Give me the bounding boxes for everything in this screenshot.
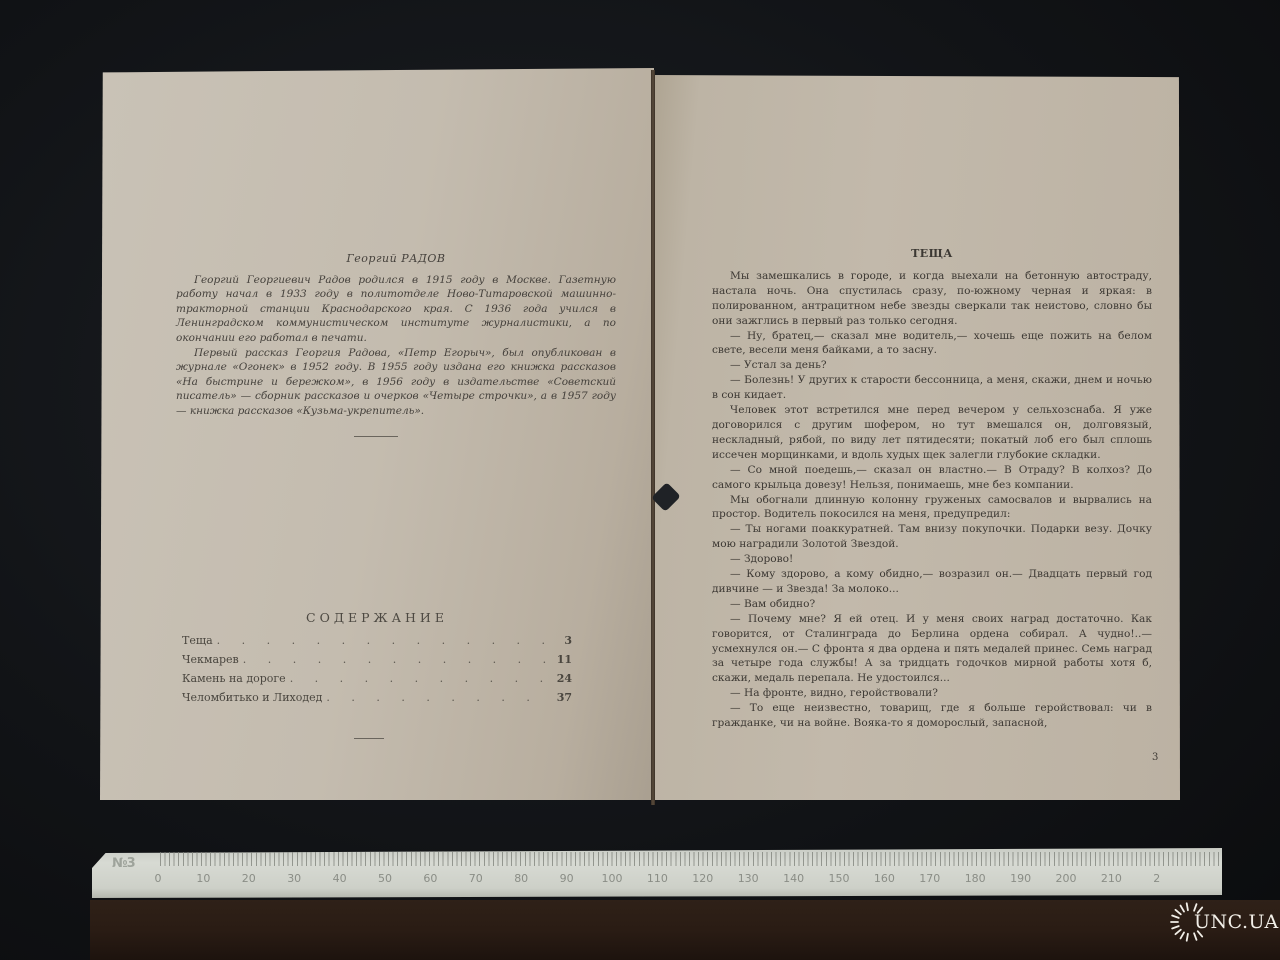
toc-entry-page: 3 bbox=[550, 634, 572, 647]
toc-leader-dots: . . . . . . . . . . . . . . . . . . . . … bbox=[326, 691, 546, 704]
toc-entry-page: 11 bbox=[550, 653, 572, 666]
ruler-label: 120 bbox=[692, 872, 713, 885]
watermark-text: UNC.UA bbox=[1194, 911, 1279, 933]
story-paragraph: — На фронте, видно, геройствовали? bbox=[712, 686, 1152, 701]
toc-leader-dots: . . . . . . . . . . . . . . . . . . . . … bbox=[290, 672, 546, 685]
table-of-contents: СОДЕРЖАНИЕ Теща . . . . . . . . . . . . … bbox=[182, 610, 572, 710]
ruler-label: 10 bbox=[196, 872, 210, 885]
bio-paragraph: Первый рассказ Георгия Радова, «Петр Его… bbox=[176, 346, 616, 419]
ruler-label: 200 bbox=[1056, 872, 1077, 885]
story-paragraph: — Ну, братец,— сказал мне водитель,— хоч… bbox=[712, 329, 1152, 359]
story-text: ТЕЩА Мы замешкались в городе, и когда вы… bbox=[712, 247, 1152, 731]
ruler-label: 50 bbox=[378, 872, 392, 885]
page-number: 3 bbox=[1152, 752, 1158, 763]
story-paragraph: — Вам обидно? bbox=[712, 597, 1152, 612]
wooden-table-edge bbox=[90, 900, 1280, 960]
story-title: ТЕЩА bbox=[712, 247, 1152, 262]
story-paragraph: Мы замешкались в городе, и когда выехали… bbox=[712, 269, 1152, 329]
story-paragraph: — Здорово! bbox=[712, 552, 1152, 567]
toc-entry-page: 37 bbox=[550, 691, 572, 704]
ruler-label: 2 bbox=[1153, 872, 1160, 885]
ruler-label: 210 bbox=[1101, 872, 1122, 885]
ruler-label: 170 bbox=[919, 872, 940, 885]
story-paragraph: — Болезнь! У других к старости бессонниц… bbox=[712, 373, 1152, 403]
toc-leader-dots: . . . . . . . . . . . . . . . . . . . . … bbox=[217, 634, 546, 647]
ruler-label: 150 bbox=[829, 872, 850, 885]
ruler-label: 100 bbox=[602, 872, 623, 885]
toc-entry: Теща . . . . . . . . . . . . . . . . . .… bbox=[182, 634, 572, 653]
story-paragraph: — То еще неизвестно, товарищ, где я боль… bbox=[712, 701, 1152, 731]
ruler-label: 140 bbox=[783, 872, 804, 885]
watermark: UNC.UA bbox=[1168, 900, 1278, 944]
story-paragraph: — Ты ногами поаккуратней. Там внизу поку… bbox=[712, 522, 1152, 552]
ruler-label: 130 bbox=[738, 872, 759, 885]
bio-title: Георгий РАДОВ bbox=[176, 252, 616, 267]
divider-rule bbox=[354, 738, 384, 739]
toc-entry-title: Теща bbox=[182, 634, 213, 647]
ruler-label: 0 bbox=[155, 872, 162, 885]
toc-entry: Челомбитько и Лиходед . . . . . . . . . … bbox=[182, 691, 572, 710]
toc-entry: Камень на дороге . . . . . . . . . . . .… bbox=[182, 672, 572, 691]
story-paragraph: Мы обогнали длинную колонну груженых сам… bbox=[712, 493, 1152, 523]
story-paragraph: — Почему мне? Я ей отец. И у меня своих … bbox=[712, 612, 1152, 687]
ruler-label: 60 bbox=[423, 872, 437, 885]
ruler-ticks bbox=[160, 852, 1220, 866]
ruler-label: 190 bbox=[1010, 872, 1031, 885]
ruler-label: 110 bbox=[647, 872, 668, 885]
story-paragraph: Человек этот встретился мне перед вечеро… bbox=[712, 403, 1152, 463]
ruler-label: 40 bbox=[333, 872, 347, 885]
toc-entry: Чекмарев . . . . . . . . . . . . . . . .… bbox=[182, 653, 572, 672]
toc-leader-dots: . . . . . . . . . . . . . . . . . . . . … bbox=[243, 653, 546, 666]
toc-entry-title: Чекмарев bbox=[182, 653, 239, 666]
ruler-labels: 0102030405060708090100110120130140150160… bbox=[0, 872, 1280, 888]
toc-heading: СОДЕРЖАНИЕ bbox=[182, 610, 572, 625]
ruler-label: 180 bbox=[965, 872, 986, 885]
divider-rule bbox=[354, 436, 398, 437]
ruler-label: 160 bbox=[874, 872, 895, 885]
ruler-label: 20 bbox=[242, 872, 256, 885]
book-spine bbox=[651, 70, 655, 805]
author-bio: Георгий РАДОВ Георгий Георгиевич Радов р… bbox=[176, 252, 616, 419]
bio-paragraph: Георгий Георгиевич Радов родился в 1915 … bbox=[176, 273, 616, 346]
ruler-label: 80 bbox=[514, 872, 528, 885]
story-paragraph: — Со мной поедешь,— сказал он властно.— … bbox=[712, 463, 1152, 493]
toc-entry-page: 24 bbox=[550, 672, 572, 685]
ruler-brand-mark: №3 bbox=[112, 856, 135, 871]
story-paragraph: — Кому здорово, а кому обидно,— возразил… bbox=[712, 567, 1152, 597]
toc-entry-title: Камень на дороге bbox=[182, 672, 286, 685]
toc-entry-title: Челомбитько и Лиходед bbox=[182, 691, 322, 704]
story-paragraph: — Устал за день? bbox=[712, 358, 1152, 373]
ruler-label: 90 bbox=[560, 872, 574, 885]
ruler-label: 30 bbox=[287, 872, 301, 885]
ruler-label: 70 bbox=[469, 872, 483, 885]
